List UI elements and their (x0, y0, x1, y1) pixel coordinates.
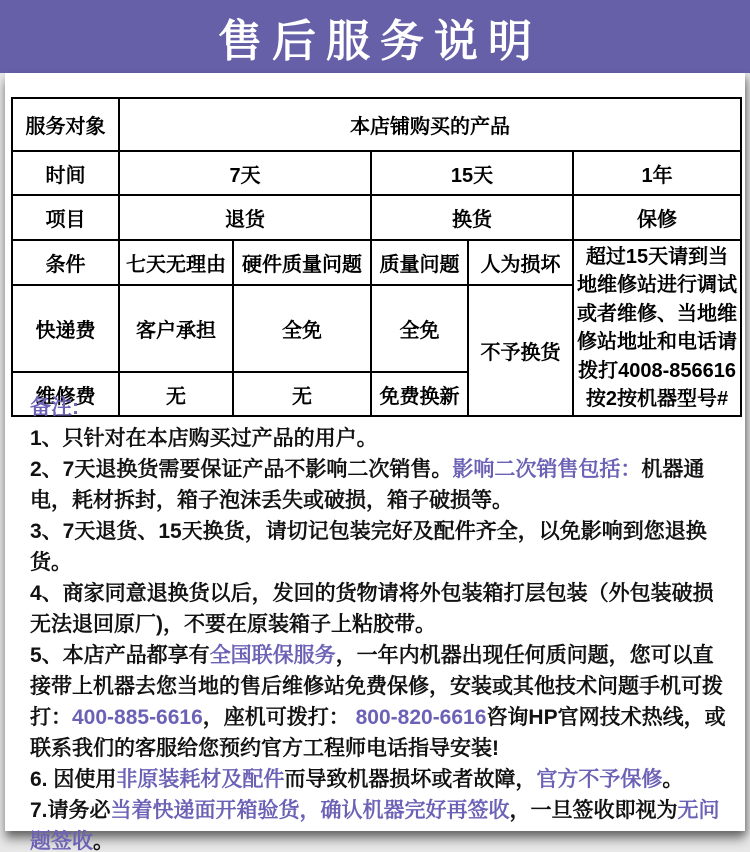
note-accent-text: 非原装耗材及配件 (116, 768, 284, 791)
note-text: 。 (93, 830, 114, 852)
note-text: ，一旦签收即视为 (510, 799, 678, 822)
table-row-time: 时间 7天 15天 1年 (12, 151, 741, 195)
page-title: 售后服务说明 (208, 5, 542, 69)
note-item: 6. 因使用非原装耗材及配件而导致机器损坏或者故障，官方不予保修。 (30, 764, 726, 795)
cell-shipping-free-1: 全免 (233, 285, 371, 372)
cell-time-7days: 7天 (119, 151, 371, 195)
note-item: 1、只针对在本店购买过产品的用户。 (30, 423, 726, 454)
note-item: 3、7天退货、15天换货，请切记包装完好及配件齐全，以免影响到您退换货。 (30, 516, 726, 578)
cell-shipping-customer-pays: 客户承担 (119, 285, 233, 372)
notes-list: 1、只针对在本店购买过产品的用户。2、7天退换货需要保证产品不影响二次销售。影响… (30, 423, 726, 852)
note-text: 。 (662, 768, 683, 791)
row-label-shipping-fee: 快递费 (12, 285, 119, 372)
cell-shipping-free-2: 全免 (371, 285, 468, 372)
header-banner: 售后服务说明 (0, 0, 750, 73)
note-accent-text: 400-885-6616 (72, 706, 203, 729)
table-row-service-target: 服务对象 本店铺购买的产品 (12, 98, 741, 151)
note-text: 5、本店产品都享有 (30, 644, 210, 667)
cell-time-1year: 1年 (573, 151, 741, 195)
note-accent-text: 全国联保服务 (210, 644, 336, 667)
page: 售后服务说明 服务对象 本店铺购买的产品 时间 7天 15天 1年 (0, 0, 750, 852)
note-text: 3、7天退货、15天换货，请切记包装完好及配件齐全，以免影响到您退换货。 (30, 520, 707, 574)
row-label-condition: 条件 (12, 240, 119, 285)
notes-section: 备注: 1、只针对在本店购买过产品的用户。2、7天退换货需要保证产品不影响二次销… (30, 392, 726, 852)
table-row-condition: 条件 七天无理由 硬件质量问题 质量问题 人为损坏 超过15天请到当地维修站进行… (12, 240, 741, 285)
cell-item-return: 退货 (119, 195, 371, 240)
note-accent-text: 当着快递面开箱验货，确认机器完好再签收 (111, 799, 510, 822)
note-accent-text: 800-820-6616 (356, 706, 487, 729)
note-accent-text: 影响二次销售包括： (452, 458, 641, 481)
note-text: ，座机可拨打： (203, 706, 356, 729)
note-text: 1、只针对在本店购买过产品的用户。 (30, 427, 378, 450)
cell-time-15days: 15天 (371, 151, 573, 195)
notes-heading: 备注: (30, 392, 726, 423)
note-text: 2、7天退换货需要保证产品不影响二次销售。 (30, 458, 452, 481)
cell-item-exchange: 换货 (371, 195, 573, 240)
note-text: 6. 因使用 (30, 768, 116, 791)
note-text: 而导致机器损坏或者故障， (284, 768, 536, 791)
cell-service-target-value: 本店铺购买的产品 (119, 98, 741, 151)
row-label-time: 时间 (12, 151, 119, 195)
cell-condition-hardware-quality: 硬件质量问题 (233, 240, 371, 285)
content-card: 服务对象 本店铺购买的产品 时间 7天 15天 1年 项目 退货 换货 保修 条… (5, 73, 745, 831)
service-table: 服务对象 本店铺购买的产品 时间 7天 15天 1年 项目 退货 换货 保修 条… (11, 97, 742, 417)
cell-condition-no-reason: 七天无理由 (119, 240, 233, 285)
note-text: 4、商家同意退换货以后，发回的货物请将外包装箱打层包装（外包装破损无法退回原厂)… (30, 582, 714, 636)
cell-condition-quality: 质量问题 (371, 240, 468, 285)
note-item: 7.请务必当着快递面开箱验货，确认机器完好再签收，一旦签收即视为无问题签收。 (30, 795, 726, 852)
cell-item-warranty: 保修 (573, 195, 741, 240)
cell-condition-man-made-damage: 人为损坏 (468, 240, 573, 285)
note-item: 4、商家同意退换货以后，发回的货物请将外包装箱打层包装（外包装破损无法退回原厂)… (30, 578, 726, 640)
note-item: 5、本店产品都享有全国联保服务，一年内机器出现任何质问题，您可以直接带上机器去您… (30, 640, 726, 764)
note-accent-text: 官方不予保修 (536, 768, 662, 791)
cell-warranty-note: 超过15天请到当地维修站进行调试或者维修、当地维修站地址和电话请拨打4008-8… (573, 240, 741, 416)
row-label-service-target: 服务对象 (12, 98, 119, 151)
note-item: 2、7天退换货需要保证产品不影响二次销售。影响二次销售包括：机器通电，耗材拆封，… (30, 454, 726, 516)
note-text: 7.请务必 (30, 799, 111, 822)
table-row-item: 项目 退货 换货 保修 (12, 195, 741, 240)
row-label-item: 项目 (12, 195, 119, 240)
